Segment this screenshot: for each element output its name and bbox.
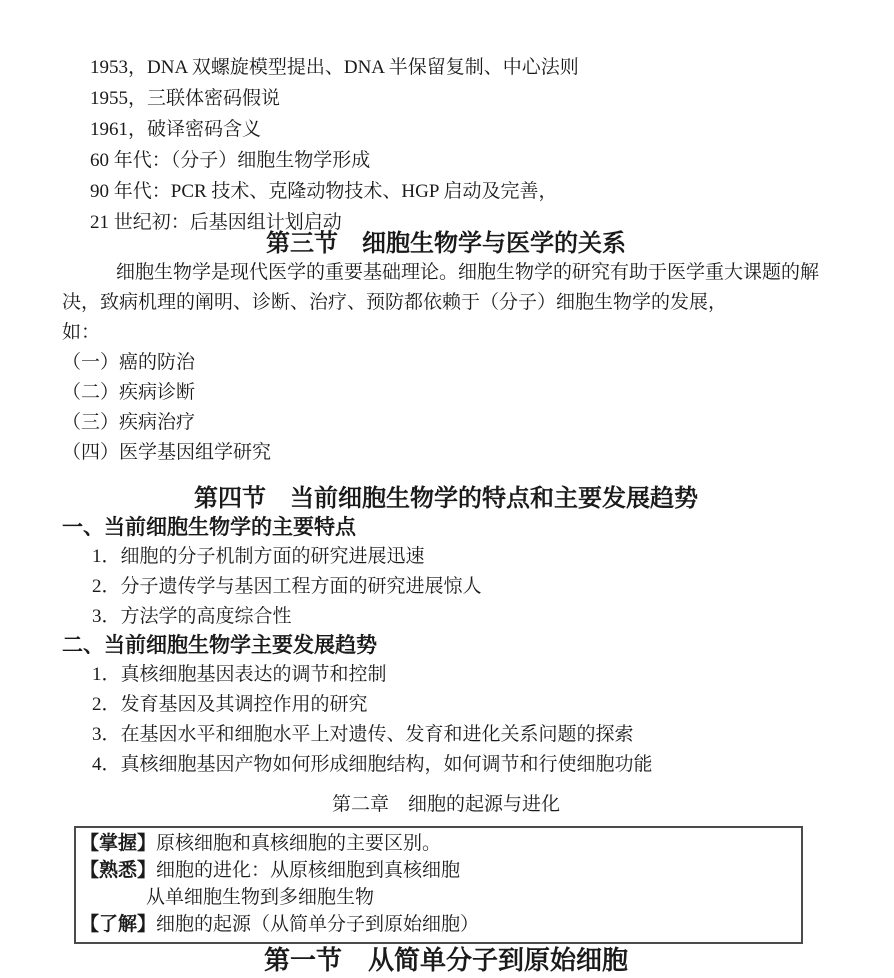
subheading-2: 二、当前细胞生物学主要发展趋势	[62, 632, 830, 660]
objective-line: 从单细胞生物到多细胞生物	[80, 884, 795, 911]
paragraph-line: 决，致病机理的阐明、诊断、治疗、预防都依赖于（分子）细胞生物学的发展，	[62, 288, 830, 318]
numbered-item: 3．方法学的高度综合性	[62, 602, 830, 632]
objective-text: 从单细胞生物到多细胞生物	[146, 887, 374, 908]
chapter2-heading: 第二章 细胞的起源与进化	[62, 790, 830, 820]
objective-label: 【了解】	[80, 914, 156, 935]
objective-label: 【掌握】	[80, 833, 156, 854]
objectives-box: 【掌握】原核细胞和真核细胞的主要区别。 【熟悉】细胞的进化：从原核细胞到真核细胞…	[74, 826, 803, 944]
enum-item: （二）疾病诊断	[62, 378, 830, 408]
objective-text: 原核细胞和真核细胞的主要区别。	[156, 833, 441, 854]
numbered-item: 1．细胞的分子机制方面的研究进展迅速	[62, 542, 830, 572]
numbered-item: 2．发育基因及其调控作用的研究	[62, 690, 830, 720]
enum-item: （四）医学基因组学研究	[62, 438, 830, 468]
enum-item: （一）癌的防治	[62, 348, 830, 378]
objective-text: 细胞的进化：从原核细胞到真核细胞	[156, 860, 460, 881]
objective-line: 【掌握】原核细胞和真核细胞的主要区别。	[80, 830, 795, 857]
numbered-item: 3．在基因水平和细胞水平上对遗传、发育和进化关系问题的探索	[62, 720, 830, 750]
timeline-line: 60 年代：（分子）细胞生物学形成	[62, 145, 830, 176]
timeline-line: 1955，三联体密码假说	[62, 83, 830, 114]
section1-heading: 第一节 从简单分子到原始细胞	[62, 944, 830, 976]
paragraph-line: 如：	[62, 318, 830, 348]
enum-item: （三）疾病治疗	[62, 408, 830, 438]
section4-heading: 第四节 当前细胞生物学的特点和主要发展趋势	[62, 484, 830, 514]
objective-label: 【熟悉】	[80, 860, 156, 881]
numbered-item: 4．真核细胞基因产物如何形成细胞结构，如何调节和行使细胞功能	[62, 750, 830, 780]
timeline-line: 1953，DNA 双螺旋模型提出、DNA 半保留复制、中心法则	[62, 52, 830, 83]
objective-text: 细胞的起源（从简单分子到原始细胞）	[156, 914, 479, 935]
document-page: 1953，DNA 双螺旋模型提出、DNA 半保留复制、中心法则 1955，三联体…	[0, 0, 894, 978]
numbered-item: 1．真核细胞基因表达的调节和控制	[62, 660, 830, 690]
objective-line: 【了解】细胞的起源（从简单分子到原始细胞）	[80, 911, 795, 938]
timeline-line: 90 年代：PCR 技术、克隆动物技术、HGP 启动及完善，	[62, 176, 830, 207]
objective-line: 【熟悉】细胞的进化：从原核细胞到真核细胞	[80, 857, 795, 884]
subheading-1: 一、当前细胞生物学的主要特点	[62, 514, 830, 542]
paragraph-line: 细胞生物学是现代医学的重要基础理论。细胞生物学的研究有助于医学重大课题的解	[62, 258, 830, 288]
timeline-line: 1961，破译密码含义	[62, 114, 830, 145]
numbered-item: 2．分子遗传学与基因工程方面的研究进展惊人	[62, 572, 830, 602]
